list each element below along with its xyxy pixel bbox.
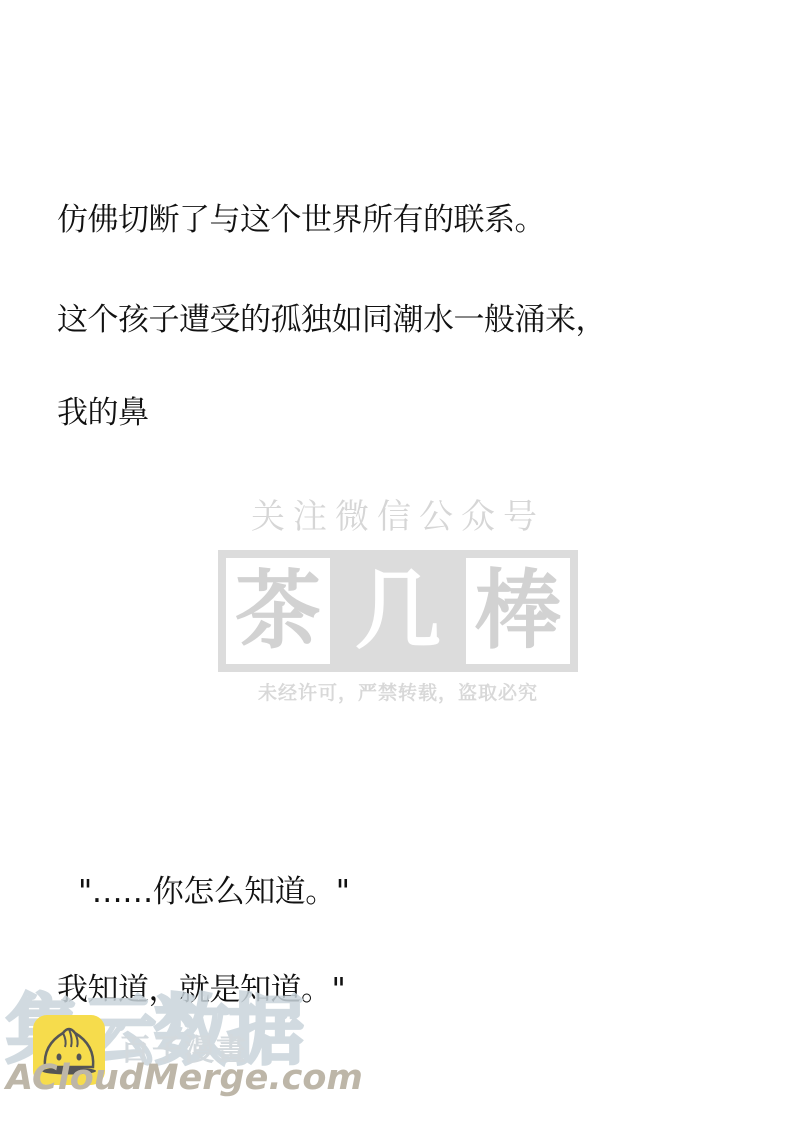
watermark-url-text: ACloudMerge.com — [6, 1058, 363, 1098]
watermark-copyright-text: 未经许可，严禁转载，盗取必究 — [218, 678, 578, 705]
watermark-follow-text: 关注微信公众号 — [218, 500, 578, 534]
watermark-char: 几 — [346, 558, 450, 664]
text-line: "……你怎么知道。" — [78, 877, 350, 908]
watermark-char: 茶 — [226, 558, 330, 664]
text-line: 这个孩子遭受的孤独如同潮水一般涌来， — [57, 305, 606, 336]
watermark-char: 棒 — [466, 558, 570, 664]
bottom-watermark: 集云数据 百子漫畫 ACloudMerge.com — [0, 985, 400, 1122]
center-watermark: 关注微信公众号 茶 几 棒 未经许可，严禁转载，盗取必究 — [218, 500, 578, 705]
watermark-brand-box: 茶 几 棒 — [218, 550, 578, 672]
text-line: 仿佛切断了与这个世界所有的联系。 — [57, 205, 545, 236]
text-line: 我的鼻 — [57, 398, 149, 429]
